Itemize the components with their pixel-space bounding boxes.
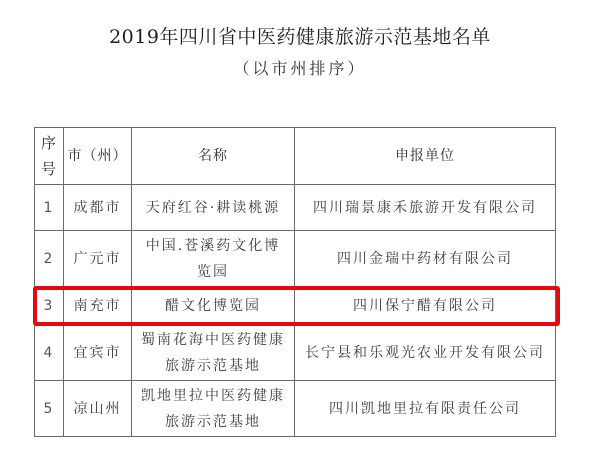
table-row: 5 凉山州 凯地里拉中医药健康旅游示范基地 四川凯地里拉有限责任公司 [35, 381, 556, 437]
cell-name: 醋文化博览园 [132, 288, 295, 325]
cell-name: 蜀南花海中医药健康旅游示范基地 [132, 325, 295, 381]
header-seq: 序 号 [35, 128, 64, 185]
header-applicant: 申报单位 [295, 128, 556, 185]
cell-city: 凉山州 [64, 381, 132, 437]
cell-seq: 4 [35, 325, 64, 381]
header-seq-line1: 序 [35, 130, 63, 156]
cell-city: 南充市 [64, 288, 132, 325]
table-row: 4 宜宾市 蜀南花海中医药健康旅游示范基地 长宁县和乐观光农业开发有限公司 [35, 325, 556, 381]
cell-applicant: 四川保宁醋有限公司 [295, 288, 556, 325]
table-row: 1 成都市 天府红谷·耕读桃源 四川瑞景康禾旅游开发有限公司 [35, 185, 556, 231]
document-title: 2019年四川省中医药健康旅游示范基地名单 [0, 22, 600, 49]
cell-name: 凯地里拉中医药健康旅游示范基地 [132, 381, 295, 437]
cell-applicant: 四川凯地里拉有限责任公司 [295, 381, 556, 437]
table-row: 2 广元市 中国.苍溪药文化博览园 四川金瑞中药材有限公司 [35, 231, 556, 288]
cell-seq: 3 [35, 288, 64, 325]
header-seq-line2: 号 [35, 156, 63, 182]
cell-city: 成都市 [64, 185, 132, 231]
cell-city: 宜宾市 [64, 325, 132, 381]
table-row-highlighted: 3 南充市 醋文化博览园 四川保宁醋有限公司 [35, 288, 556, 325]
header-name: 名称 [132, 128, 295, 185]
cell-seq: 2 [35, 231, 64, 288]
table-header-row: 序 号 市（州） 名称 申报单位 [35, 128, 556, 185]
cell-name: 中国.苍溪药文化博览园 [132, 231, 295, 288]
cell-seq: 5 [35, 381, 64, 437]
cell-seq: 1 [35, 185, 64, 231]
cell-name: 天府红谷·耕读桃源 [132, 185, 295, 231]
cell-city: 广元市 [64, 231, 132, 288]
header-city: 市（州） [64, 128, 132, 185]
document-subtitle: （以市州排序） [0, 56, 600, 79]
cell-applicant: 四川金瑞中药材有限公司 [295, 231, 556, 288]
cell-applicant: 长宁县和乐观光农业开发有限公司 [295, 325, 556, 381]
cell-applicant: 四川瑞景康禾旅游开发有限公司 [295, 185, 556, 231]
demonstration-base-table: 序 号 市（州） 名称 申报单位 1 成都市 天府红谷·耕读桃源 四川瑞景康禾旅… [34, 127, 556, 437]
